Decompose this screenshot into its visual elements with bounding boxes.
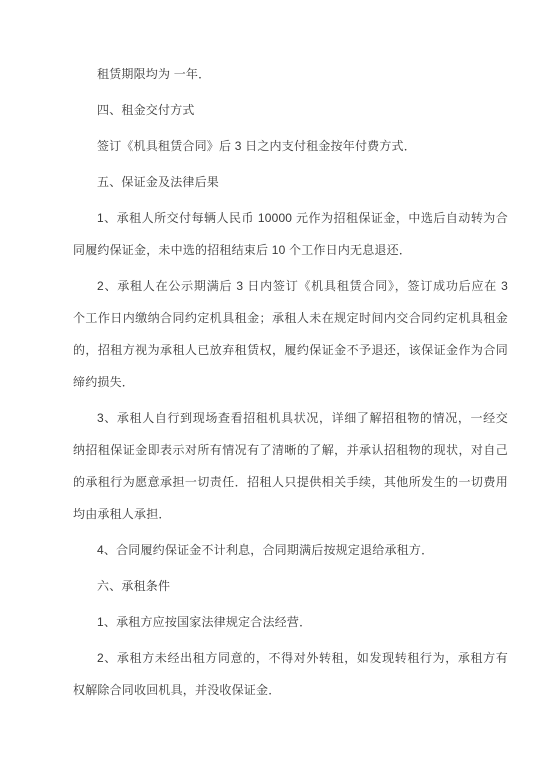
paragraph-line: 1、承租方应按国家法律规定合法经营． — [73, 606, 508, 638]
paragraph-line: 2、承租方未经出租方同意的，不得对外转租，如发现转租行为，承租方有 — [73, 642, 508, 674]
paragraph-line: 纳招租保证金即表示对所有情况有了清晰的了解，并承认招租物的现状，对自己 — [73, 434, 508, 466]
paragraph-condition-item-2: 2、承租方未经出租方同意的，不得对外转租，如发现转租行为，承租方有 权解除合同收… — [73, 642, 508, 706]
paragraph-line: 同履约保证金，未中选的招租结束后 10 个工作日内无息退还． — [73, 234, 508, 266]
paragraph-line: 权解除合同收回机具，并没收保证金． — [73, 674, 508, 706]
paragraph-deposit-item-1: 1、承租人所交付每辆人民币 10000 元作为招租保证金，中选后自动转为合 同履… — [73, 202, 508, 266]
paragraph-deposit-item-4: 4、合同履约保证金不计利息，合同期满后按规定退给承租方． — [73, 534, 508, 566]
paragraph-heading-section-5: 五、保证金及法律后果 — [73, 166, 508, 198]
paragraph-line: 的，招租方视为承租人已放弃租赁权，履约保证金不予退还，该保证金作为合同 — [73, 334, 508, 366]
paragraph-lease-term: 租赁期限均为 一年． — [73, 58, 508, 90]
section-heading: 五、保证金及法律后果 — [73, 166, 508, 198]
paragraph-deposit-item-3: 3、承租人自行到现场查看招租机具状况，详细了解招租物的情况，一经交 纳招租保证金… — [73, 402, 508, 530]
paragraph-line: 均由承租人承担． — [73, 498, 508, 530]
section-heading: 四、租金交付方式 — [73, 94, 508, 126]
paragraph-heading-section-4: 四、租金交付方式 — [73, 94, 508, 126]
document-body: 租赁期限均为 一年． 四、租金交付方式 签订《机具租赁合同》后 3 日之内支付租… — [73, 58, 508, 710]
document-page: 租赁期限均为 一年． 四、租金交付方式 签订《机具租赁合同》后 3 日之内支付租… — [0, 0, 558, 780]
paragraph-heading-section-6: 六、承租条件 — [73, 570, 508, 602]
paragraph-line: 的承租行为愿意承担一切责任．招租人只提供相关手续，其他所发生的一切费用 — [73, 466, 508, 498]
paragraph-line: 1、承租人所交付每辆人民币 10000 元作为招租保证金，中选后自动转为合 — [73, 202, 508, 234]
paragraph-line: 4、合同履约保证金不计利息，合同期满后按规定退给承租方． — [73, 534, 508, 566]
paragraph-line: 签订《机具租赁合同》后 3 日之内支付租金按年付费方式． — [73, 130, 508, 162]
paragraph-line: 租赁期限均为 一年． — [73, 58, 508, 90]
paragraph-line: 2、承租人在公示期满后 3 日内签订《机具租赁合同》，签订成功后应在 3 — [73, 270, 508, 302]
section-heading: 六、承租条件 — [73, 570, 508, 602]
paragraph-line: 缔约损失． — [73, 366, 508, 398]
paragraph-deposit-item-2: 2、承租人在公示期满后 3 日内签订《机具租赁合同》，签订成功后应在 3 个工作… — [73, 270, 508, 398]
paragraph-payment-method: 签订《机具租赁合同》后 3 日之内支付租金按年付费方式． — [73, 130, 508, 162]
paragraph-line: 个工作日内缴纳合同约定机具租金；承租人未在规定时间内交合同约定机具租金 — [73, 302, 508, 334]
paragraph-condition-item-1: 1、承租方应按国家法律规定合法经营． — [73, 606, 508, 638]
paragraph-line: 3、承租人自行到现场查看招租机具状况，详细了解招租物的情况，一经交 — [73, 402, 508, 434]
